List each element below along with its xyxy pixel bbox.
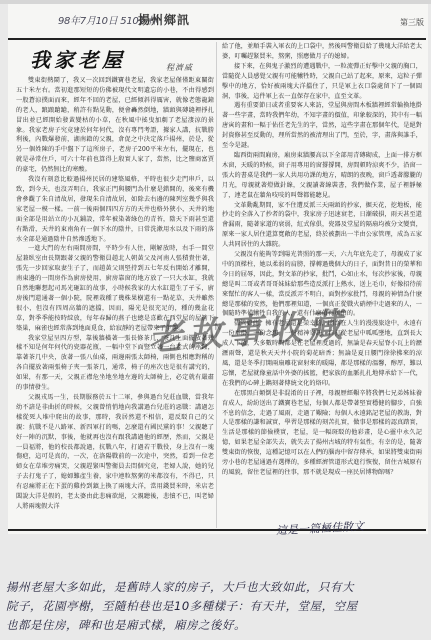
paragraph: 父親戎馬一生，長期服務於五十二軍，參與過台兒莊血戰，當我年幼不諳是非曲折的時候，… bbox=[16, 393, 214, 512]
paragraph: 給了他，並順手裝入軍衣的上口袋中，然後叫警衛員給了幾塊大洋給老太婆，叮囑趕緊買米… bbox=[222, 42, 422, 62]
paragraph: 一進大門的左右兩間房間，平時少有人住，剛解放時，右手一間堂屋兼臥室由長期跟著父親… bbox=[16, 244, 214, 333]
edition-label: 第三版 bbox=[400, 17, 424, 28]
paragraph: 在那黑白顛倒是非混淆的日子裡，母親歷經艱辛將我們七兄弟姊妹養育成人，紛紛送出了鐵… bbox=[222, 389, 422, 478]
handwritten-note-line: 揚州老屋大多如此，是舊時人家的房子，大戶也大致如此，只有大 bbox=[6, 578, 426, 597]
article-title: 我家老屋 bbox=[30, 44, 126, 73]
paragraph: 臨西街兩間廂房，廂房東牆腰高以下全部用青磚砌成，上面一排方框木窗，天暖的時候，窗… bbox=[222, 151, 422, 201]
handwritten-comment: 這是一篇極佳散文 bbox=[276, 518, 365, 539]
paragraph: 父親沒有能夠等到陽光普照的那一天，六九年底先走了，母親成了家中的頂樑柱，她以柔弱… bbox=[222, 250, 422, 319]
paragraph: 我沒有刻意比較過揚州民居的建築風格，平時也很少走門串戶，以致，到今天，也沒弄明白… bbox=[16, 175, 214, 244]
handwritten-note-line: 院子，花園亭榭，至隨柏巷也是10多種樣子：有天井，堂屋，空屋 bbox=[6, 597, 426, 616]
masthead: 98年7月10日 5101 林 揚州鄉訊 第三版 bbox=[8, 10, 428, 30]
handwritten-note-line: 也都是住房，碑和也是廂式樣，廂房之後好。 bbox=[6, 616, 426, 635]
watermark-mark: N bbox=[214, 322, 221, 333]
newspaper-name: 揚州鄉訊 bbox=[138, 11, 190, 28]
newspaper-page: 98年7月10日 5101 林 揚州鄉訊 第三版 我家老屋 程濟威 雙東街熱鬧了… bbox=[8, 4, 428, 534]
article-column-right: 給了他，並順手裝入軍衣的上口袋中，然後叫警衛員給了幾塊大洋給老太婆，叮囑趕緊買米… bbox=[222, 42, 422, 528]
article-author: 程濟威 bbox=[166, 62, 193, 73]
paragraph: 遇有重要節日或者重要客人來訪，堂屋與房間木板牆裡經常輪換地掛著一些字畫，當時我們… bbox=[222, 101, 422, 151]
handwritten-note: 揚州老屋大多如此，是舊時人家的房子，大戶也大致如此，只有大 院子，花園亭榭，至隨… bbox=[6, 578, 426, 635]
paragraph: 儘管如此，擁有老屋還是榮幸的，因為在人生的漫漫旅途中，永遠有一份牽掛，一份念想，… bbox=[222, 319, 422, 388]
paragraph: 文革動亂期間，家不住遭反派三天兩頭的抄家，掘天花，挖地板，能抄走的全落入了抄者的… bbox=[222, 201, 422, 251]
article-column-left: 雙東街熱鬧了，我又一次回到鐵寶巷老屋，我家老屋僅僅距東關街五十米左右。當初進那短… bbox=[16, 76, 214, 528]
paragraph: 雙東街熱鬧了，我又一次回到鐵寶巷老屋，我家老屋僅僅距東關街五十米左右。當初進那短… bbox=[16, 76, 214, 175]
masthead-rule bbox=[8, 38, 426, 40]
paragraph: 接下來，在與鬼子激烈的遭遇戰中，一粒流彈正好擊中父親的胸口，當隨從人員感覺父親有… bbox=[222, 62, 422, 102]
paragraph: 我家堂屋呈四方型，靠後牆橫著一張長條茶几，茶几上面擺放著幾樣不知是何年何代的瓷器… bbox=[16, 334, 214, 393]
column-divider bbox=[216, 42, 217, 528]
